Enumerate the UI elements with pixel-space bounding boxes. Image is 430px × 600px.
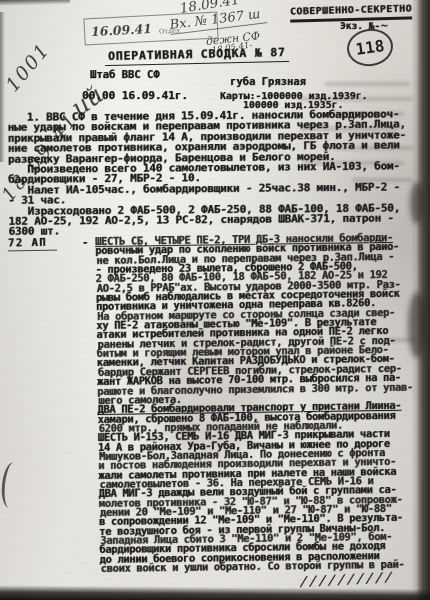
page-number: 118 — [354, 36, 385, 59]
handwritten-bracket-mark — [0, 461, 23, 509]
scanned-document-photo: 16.09.41 Отдел 18.09.41 Вх. № 1367 ш деж… — [0, 0, 430, 600]
classification-label: СОВЕРШЕННО-СЕКРЕТНО — [290, 3, 412, 22]
summary-paragraph: 1. ВВС СФ в течение дня 15.09.41г. нанос… — [7, 107, 426, 235]
location: губа Грязная — [230, 76, 306, 88]
handwritten-margin-scribble: 1001 — [2, 39, 55, 96]
page-number-circle: 118 — [345, 26, 396, 69]
date-time: 00.00 16.09.41г. — [82, 89, 188, 102]
document-title: ОПЕРАТИВНАЯ СВОДКА № 87 — [105, 45, 289, 66]
issuing-hq: Штаб ВВС СФ — [90, 69, 160, 81]
edge-dark-blot — [408, 292, 426, 358]
unit-margin-label: 72 АП — [8, 237, 57, 252]
edge-dark-blot — [410, 182, 424, 224]
bleedthrough-line — [325, 82, 410, 86]
unit-report-paragraph: ШЕСТЬ СБ, ЧЕТЫРЕ ПЕ-2, ТРИ ДБ-3 наносили… — [95, 231, 430, 572]
unit-dash: - — [82, 237, 88, 249]
paper-sheet: 16.09.41 Отдел 18.09.41 Вх. № 1367 ш деж… — [0, 0, 430, 600]
photo-left-edge-shadow — [0, 12, 5, 162]
stamp-date: 16.09.41 — [91, 21, 153, 39]
